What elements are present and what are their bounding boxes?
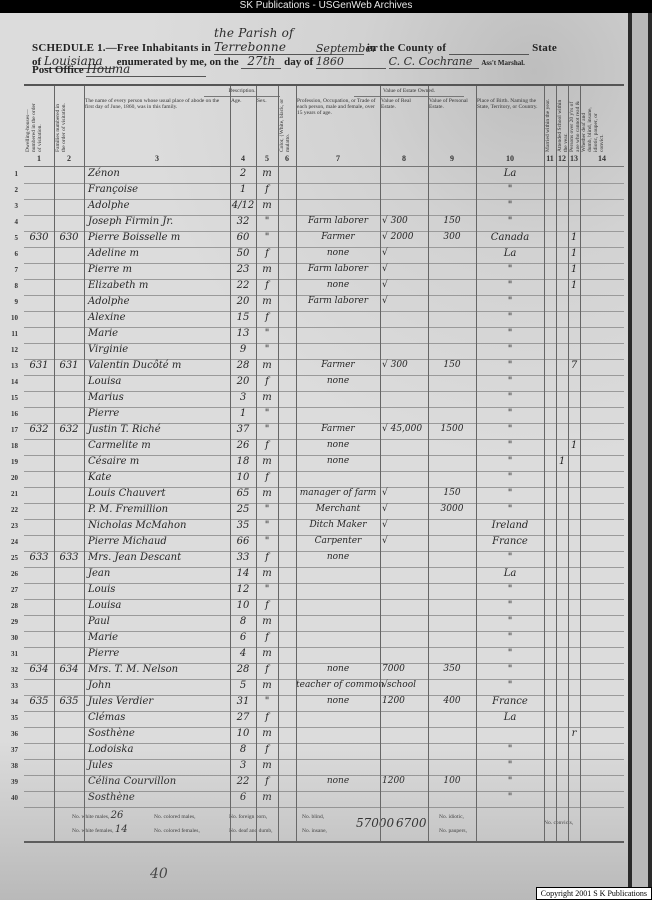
line-number: 5 xyxy=(4,234,18,242)
person-name: Pierre xyxy=(88,408,230,419)
column-number-6: 6 xyxy=(278,154,296,164)
birthplace: La xyxy=(476,168,544,179)
person-name: Césaire m xyxy=(88,456,230,467)
birthplace: France xyxy=(476,696,544,707)
cannot-read-write: 1 xyxy=(568,440,580,451)
age: 3 xyxy=(230,760,256,771)
line-number: 39 xyxy=(4,778,18,786)
cannot-read-write: 1 xyxy=(568,264,580,275)
personal-estate-value: 150 xyxy=(428,360,476,370)
census-row: 66Adeline m50fnone√La1 xyxy=(24,247,624,264)
age: 4/12 xyxy=(230,200,256,211)
census-table: Description. Value of Estate Owned. Dwel… xyxy=(24,84,624,843)
line-number: 38 xyxy=(4,762,18,770)
age: 5 xyxy=(230,680,256,691)
column-divider xyxy=(230,86,231,841)
age: 18 xyxy=(230,456,256,467)
person-name: Célina Courvillon xyxy=(88,776,230,787)
sex: " xyxy=(256,344,278,355)
sex: m xyxy=(256,296,278,307)
person-name: Adeline m xyxy=(88,248,230,259)
column-divider xyxy=(580,86,581,841)
census-row: 33Adolphe4/12m" xyxy=(24,199,624,216)
age: 4 xyxy=(230,648,256,659)
age: 8 xyxy=(230,744,256,755)
line-number: 28 xyxy=(4,602,18,610)
occupation: none xyxy=(296,376,380,386)
person-name: Louis Chauvert xyxy=(88,488,230,499)
census-row: 99Adolphe20mFarm laborer√" xyxy=(24,295,624,312)
sex: f xyxy=(256,472,278,483)
real-estate-value: √ xyxy=(382,536,428,546)
age: 20 xyxy=(230,376,256,387)
line-number: 27 xyxy=(4,586,18,594)
census-row: 3939Célina Courvillon22fnone1200100" xyxy=(24,775,624,792)
column-number-14: 14 xyxy=(580,154,624,164)
sex: f xyxy=(256,664,278,675)
family-number: 634 xyxy=(54,664,84,675)
age: 25 xyxy=(230,504,256,515)
line-number: 25 xyxy=(4,554,18,562)
dwelling-number: 633 xyxy=(24,552,54,563)
column-number-3: 3 xyxy=(84,154,230,164)
birthplace: Ireland xyxy=(476,520,544,531)
age: 35 xyxy=(230,520,256,531)
line-number: 32 xyxy=(4,666,18,674)
column-divider xyxy=(256,86,257,841)
age: 13 xyxy=(230,328,256,339)
column-header-10: Place of Birth. Naming the State, Territ… xyxy=(477,98,543,152)
personal-estate-value: 150 xyxy=(428,488,476,498)
insane-label: No. insane, xyxy=(302,828,327,834)
person-name: Pierre Boisselle m xyxy=(88,232,230,243)
person-name: Elizabeth m xyxy=(88,280,230,291)
person-name: Alexine xyxy=(88,312,230,323)
census-row: 3232634634Mrs. T. M. Nelson28fnone700035… xyxy=(24,663,624,680)
sex: m xyxy=(256,648,278,659)
occupation: none xyxy=(296,664,380,674)
person-name: Louisa xyxy=(88,376,230,387)
birthplace: " xyxy=(476,344,544,355)
census-row: 2323Nicholas McMahon35"Ditch Maker√Irela… xyxy=(24,519,624,536)
column-header-1: Dwelling-houses—numbered in the order of… xyxy=(25,98,53,152)
column-number-1: 1 xyxy=(24,154,54,164)
person-name: Valentin Ducôté m xyxy=(88,360,230,371)
age: 32 xyxy=(230,216,256,227)
column-header-8: Value of Real Estate. xyxy=(381,98,427,152)
sex: f xyxy=(256,184,278,195)
personal-estate-value: 3000 xyxy=(428,504,476,514)
census-row: 3030Marie6f" xyxy=(24,631,624,648)
column-header-2: Families numbered in the order of visita… xyxy=(55,98,83,152)
occupation: Farm laborer xyxy=(296,264,380,274)
birthplace: " xyxy=(476,488,544,499)
occupation: Farm laborer xyxy=(296,216,380,226)
birthplace: " xyxy=(476,680,544,691)
line-number: 1 xyxy=(4,170,18,178)
line-number: 36 xyxy=(4,730,18,738)
line-number: 23 xyxy=(4,522,18,530)
copyright-notice: Copyright 2001 S K Publications xyxy=(536,887,652,900)
person-name: Mrs. Jean Descant xyxy=(88,552,230,563)
column-divider xyxy=(476,86,477,841)
age: 12 xyxy=(230,584,256,595)
birthplace: " xyxy=(476,264,544,275)
cannot-read-write: 1 xyxy=(568,248,580,259)
enumeration-day: 27th xyxy=(241,54,281,69)
real-estate-value: √ xyxy=(382,504,428,514)
person-name: Lodoiska xyxy=(88,744,230,755)
birthplace: " xyxy=(476,584,544,595)
description-group-header: Description. xyxy=(204,88,280,97)
column-header-13: Persons over 20 y'rs of age who cannot r… xyxy=(569,98,579,152)
column-header-3: The name of every person whose usual pla… xyxy=(85,98,229,152)
line-number: 21 xyxy=(4,490,18,498)
sex: f xyxy=(256,776,278,787)
birthplace: " xyxy=(476,312,544,323)
sex: m xyxy=(256,456,278,467)
occupation: none xyxy=(296,440,380,450)
column-divider xyxy=(54,86,55,841)
census-row: 1717632632Justin T. Riché37"Farmer√ 45,0… xyxy=(24,423,624,440)
birthplace: " xyxy=(476,424,544,435)
line-number: 8 xyxy=(4,282,18,290)
person-name: Paul xyxy=(88,616,230,627)
person-name: Pierre xyxy=(88,648,230,659)
sex: m xyxy=(256,360,278,371)
column-header-7: Profession, Occupation, or Trade of each… xyxy=(297,98,379,152)
age: 1 xyxy=(230,408,256,419)
real-estate-value: √ xyxy=(382,520,428,530)
white-males-label: No. white males, xyxy=(72,814,109,820)
occupation: none xyxy=(296,552,380,562)
real-estate-total: 57000 xyxy=(356,816,394,830)
column-number-10: 10 xyxy=(476,154,544,164)
age: 23 xyxy=(230,264,256,275)
line-number: 19 xyxy=(4,458,18,466)
column-number-12: 12 xyxy=(556,154,568,164)
column-header-11: Married within the year. xyxy=(545,98,555,152)
person-name: Louis xyxy=(88,584,230,595)
family-number: 633 xyxy=(54,552,84,563)
line-number: 35 xyxy=(4,714,18,722)
birthplace: France xyxy=(476,536,544,547)
line-number: 24 xyxy=(4,538,18,546)
dwelling-number: 630 xyxy=(24,232,54,243)
sex: m xyxy=(256,168,278,179)
occupation: Farmer xyxy=(296,360,380,370)
occupation: teacher of common school xyxy=(296,680,380,690)
sex: " xyxy=(256,696,278,707)
age: 9 xyxy=(230,344,256,355)
census-row: 4040Sosthène6m" xyxy=(24,791,624,808)
sex: f xyxy=(256,600,278,611)
person-name: Marie xyxy=(88,632,230,643)
birthplace: " xyxy=(476,296,544,307)
age: 31 xyxy=(230,696,256,707)
birthplace: La xyxy=(476,712,544,723)
personal-estate-total: 6700 xyxy=(396,816,427,830)
birthplace: " xyxy=(476,664,544,675)
line-number: 15 xyxy=(4,394,18,402)
census-row: 2121Louis Chauvert65mmanager of farm√150… xyxy=(24,487,624,504)
census-row: 11Zénon2mLa xyxy=(24,167,624,184)
real-estate-value: √ xyxy=(382,280,428,290)
column-divider xyxy=(568,86,569,841)
line-number: 30 xyxy=(4,634,18,642)
line-number: 20 xyxy=(4,474,18,482)
person-name: Carmelite m xyxy=(88,440,230,451)
line-number: 11 xyxy=(4,330,18,338)
dwelling-number: 631 xyxy=(24,360,54,371)
census-row: 3131Pierre4m" xyxy=(24,647,624,664)
birthplace: " xyxy=(476,616,544,627)
census-row: 3333John5mteacher of common school√" xyxy=(24,679,624,696)
census-row: 1919Césaire m18mnone"1 xyxy=(24,455,624,472)
occupation: none xyxy=(296,776,380,786)
sex: " xyxy=(256,408,278,419)
birthplace: " xyxy=(476,472,544,483)
sex: " xyxy=(256,536,278,547)
real-estate-value: √ 300 xyxy=(382,216,428,226)
page-edge xyxy=(628,0,652,900)
column-number-13: 13 xyxy=(568,154,580,164)
birthplace: " xyxy=(476,552,544,563)
age: 15 xyxy=(230,312,256,323)
census-row: 3636Sosthène10mr xyxy=(24,727,624,744)
occupation: Ditch Maker xyxy=(296,520,380,530)
sex: m xyxy=(256,200,278,211)
marshal-label: Ass't Marshal. xyxy=(481,59,525,67)
real-estate-value: √ xyxy=(382,264,428,274)
line-number: 18 xyxy=(4,442,18,450)
person-name: Sosthène xyxy=(88,728,230,739)
sex: m xyxy=(256,616,278,627)
column-divider xyxy=(84,86,85,841)
census-row: 2929Paul8m" xyxy=(24,615,624,632)
occupation: none xyxy=(296,248,380,258)
person-name: Jules Verdier xyxy=(88,696,230,707)
age: 65 xyxy=(230,488,256,499)
census-row: 2626Jean14mLa xyxy=(24,567,624,584)
person-name: Pierre Michaud xyxy=(88,536,230,547)
personal-estate-value: 150 xyxy=(428,216,476,226)
family-number: 635 xyxy=(54,696,84,707)
column-number-8: 8 xyxy=(380,154,428,164)
occupation: none xyxy=(296,456,380,466)
census-row: 2424Pierre Michaud66"Carpenter√France xyxy=(24,535,624,552)
census-rows: 11Zénon2mLa22Françoise1f"33Adolphe4/12m"… xyxy=(24,166,624,807)
birthplace: La xyxy=(476,248,544,259)
birthplace: " xyxy=(476,792,544,803)
line-number: 40 xyxy=(4,794,18,802)
state-label: State xyxy=(532,42,557,54)
census-row: 1111Marie13"" xyxy=(24,327,624,344)
sex: " xyxy=(256,520,278,531)
column-number-11: 11 xyxy=(544,154,556,164)
line-number: 12 xyxy=(4,346,18,354)
white-females-label: No. white females, xyxy=(72,828,114,834)
census-row: 1010Alexine15f" xyxy=(24,311,624,328)
person-name: Nicholas McMahon xyxy=(88,520,230,531)
person-name: Sosthène xyxy=(88,792,230,803)
column-header-6: Color, {White, black, or mulatto. xyxy=(279,98,295,152)
birthplace: " xyxy=(476,376,544,387)
line-number: 7 xyxy=(4,266,18,274)
real-estate-value: √ xyxy=(382,680,428,690)
person-name: Louisa xyxy=(88,600,230,611)
age: 2 xyxy=(230,168,256,179)
sex: f xyxy=(256,248,278,259)
column-divider xyxy=(296,86,297,841)
line-number: 31 xyxy=(4,650,18,658)
census-row: 2020Kate10f" xyxy=(24,471,624,488)
census-row: 3434635635Jules Verdier31"none1200400Fra… xyxy=(24,695,624,712)
colored-males-label: No. colored males, xyxy=(154,814,196,820)
occupation: Carpenter xyxy=(296,536,380,546)
census-row: 22Françoise1f" xyxy=(24,183,624,200)
age: 10 xyxy=(230,728,256,739)
census-row: 3838Jules3m" xyxy=(24,759,624,776)
birthplace: " xyxy=(476,216,544,227)
line-number: 26 xyxy=(4,570,18,578)
census-row: 1212Virginie9"" xyxy=(24,343,624,360)
column-number-9: 9 xyxy=(428,154,476,164)
real-estate-value: √ 45,000 xyxy=(382,424,428,434)
column-divider xyxy=(380,86,381,841)
column-number-2: 2 xyxy=(54,154,84,164)
age: 60 xyxy=(230,232,256,243)
sex: m xyxy=(256,488,278,499)
census-sheet: SCHEDULE 1.—Free Inhabitants in the Pari… xyxy=(0,0,628,900)
sex: f xyxy=(256,280,278,291)
real-estate-value: √ 300 xyxy=(382,360,428,370)
column-header-5: Sex. xyxy=(257,98,277,152)
census-row: 1414Louisa20fnone" xyxy=(24,375,624,392)
birthplace: " xyxy=(476,600,544,611)
cannot-read-write: 1 xyxy=(568,280,580,291)
line-number: 22 xyxy=(4,506,18,514)
birthplace: " xyxy=(476,200,544,211)
census-row: 1818Carmelite m26fnone"1 xyxy=(24,439,624,456)
census-row: 44Joseph Firmin Jr.32"Farm laborer√ 3001… xyxy=(24,215,624,232)
age: 3 xyxy=(230,392,256,403)
value-estate-group-header: Value of Estate Owned. xyxy=(354,88,464,97)
sex: m xyxy=(256,760,278,771)
birthplace: " xyxy=(476,408,544,419)
line-number: 2 xyxy=(4,186,18,194)
real-estate-value: √ xyxy=(382,296,428,306)
birthplace: " xyxy=(476,392,544,403)
person-name: Jean xyxy=(88,568,230,579)
family-number: 632 xyxy=(54,424,84,435)
age: 28 xyxy=(230,360,256,371)
census-row: 3535Clémas27fLa xyxy=(24,711,624,728)
person-name: Jules xyxy=(88,760,230,771)
post-office-name: Houma xyxy=(86,62,206,77)
birthplace: Canada xyxy=(476,232,544,243)
person-name: Virginie xyxy=(88,344,230,355)
schedule-line-3: Post Office Houma xyxy=(32,62,206,77)
birthplace: " xyxy=(476,328,544,339)
occupation: Farm laborer xyxy=(296,296,380,306)
sex: " xyxy=(256,424,278,435)
real-estate-value: 1200 xyxy=(382,776,428,786)
colored-females-label: No. colored females, xyxy=(154,828,200,834)
age: 22 xyxy=(230,280,256,291)
census-row: 1616Pierre1"" xyxy=(24,407,624,424)
age: 8 xyxy=(230,616,256,627)
occupation: Farmer xyxy=(296,424,380,434)
sex: f xyxy=(256,712,278,723)
age: 28 xyxy=(230,664,256,675)
enumeration-month-year: September 1860 xyxy=(316,42,386,69)
page-summary: No. white males, 26 No. white females, 1… xyxy=(24,808,624,838)
person-name: Mrs. T. M. Nelson xyxy=(88,664,230,675)
sex: f xyxy=(256,552,278,563)
census-row: 2828Louisa10f" xyxy=(24,599,624,616)
personal-estate-value: 1500 xyxy=(428,424,476,434)
deaf-dumb-label: No. deaf and dumb, xyxy=(229,828,273,834)
blind-label: No. blind, xyxy=(302,814,324,820)
line-number: 16 xyxy=(4,410,18,418)
census-row: 2525633633Mrs. Jean Descant33fnone" xyxy=(24,551,624,568)
age: 66 xyxy=(230,536,256,547)
occupation: Farmer xyxy=(296,232,380,242)
age: 22 xyxy=(230,776,256,787)
dwelling-number: 632 xyxy=(24,424,54,435)
column-divider xyxy=(544,86,545,841)
age: 10 xyxy=(230,600,256,611)
convicts-label: No. convicts, xyxy=(544,820,573,826)
census-row: 88Elizabeth m22fnone√"1 xyxy=(24,279,624,296)
sex: " xyxy=(256,328,278,339)
real-estate-value: √ xyxy=(382,488,428,498)
occupation: none xyxy=(296,280,380,290)
age: 20 xyxy=(230,296,256,307)
sex: " xyxy=(256,504,278,515)
census-row: 3737Lodoiska8f" xyxy=(24,743,624,760)
line-number: 14 xyxy=(4,378,18,386)
person-name: Clémas xyxy=(88,712,230,723)
cannot-read-write: 1 xyxy=(568,232,580,243)
age: 1 xyxy=(230,184,256,195)
age: 14 xyxy=(230,568,256,579)
census-row: 77Pierre m23mFarm laborer√"1 xyxy=(24,263,624,280)
line-number: 29 xyxy=(4,618,18,626)
person-name: P. M. Fremillion xyxy=(88,504,230,515)
line-number: 6 xyxy=(4,250,18,258)
column-header-12: Attended School within the year. xyxy=(557,98,567,152)
occupation: manager of farm xyxy=(296,488,380,498)
birthplace: " xyxy=(476,360,544,371)
sex: f xyxy=(256,632,278,643)
line-number: 4 xyxy=(4,218,18,226)
sex: " xyxy=(256,232,278,243)
column-header-14: Whether deaf and dumb, blind, insane, id… xyxy=(581,98,623,152)
age: 33 xyxy=(230,552,256,563)
personal-estate-value: 300 xyxy=(428,232,476,242)
foreign-born-label: No. foreign born, xyxy=(229,814,267,820)
family-number: 630 xyxy=(54,232,84,243)
page-total: 40 xyxy=(150,866,168,882)
census-row: 2727Louis12"" xyxy=(24,583,624,600)
person-name: Marius xyxy=(88,392,230,403)
person-name: Pierre m xyxy=(88,264,230,275)
birthplace: " xyxy=(476,648,544,659)
real-estate-value: √ 2000 xyxy=(382,232,428,242)
schedule-header: SCHEDULE 1.—Free Inhabitants in the Pari… xyxy=(0,0,628,90)
